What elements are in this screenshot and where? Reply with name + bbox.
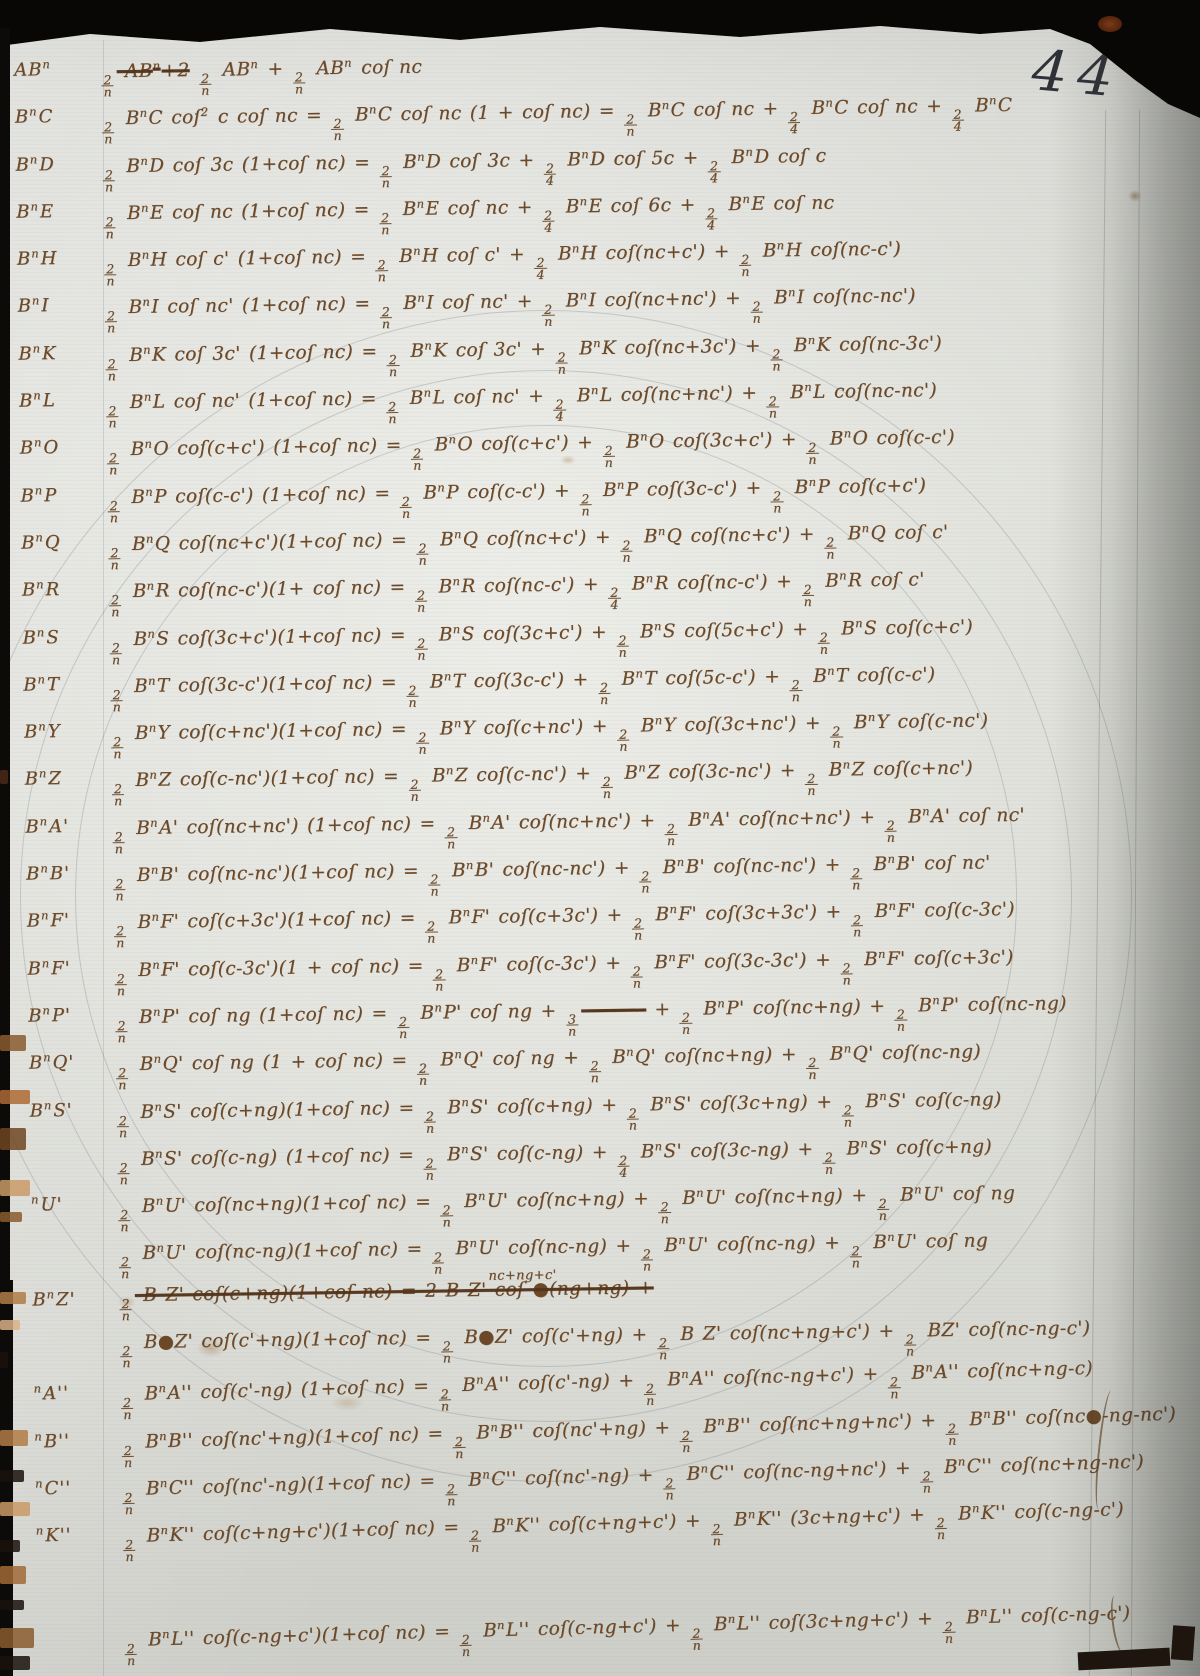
- binding-streak: [0, 1628, 34, 1648]
- fraction: 2n: [598, 682, 611, 705]
- fraction: 24: [542, 210, 555, 233]
- fraction: 2n: [380, 307, 393, 330]
- page-fold-shadow: [1050, 0, 1200, 1676]
- fraction: 2n: [663, 1477, 676, 1500]
- fraction: 2n: [579, 493, 592, 516]
- row-label: BnE: [16, 195, 102, 222]
- fraction: 2n: [103, 169, 116, 192]
- fraction: 2n: [379, 165, 392, 188]
- fraction: 2n: [665, 823, 678, 846]
- fraction: 2n: [453, 1435, 466, 1458]
- fraction: 2n: [750, 301, 763, 324]
- fraction: 2n: [106, 405, 119, 428]
- inline-correction-note: nc+ng+c': [488, 1262, 557, 1289]
- fraction: 2n: [632, 918, 645, 941]
- fraction: 2n: [199, 73, 212, 96]
- row-label: BnP': [28, 999, 114, 1026]
- binding-streak: [0, 1656, 30, 1670]
- fraction: 2n: [805, 773, 818, 796]
- fraction: 2n: [801, 584, 814, 607]
- fraction: 2n: [680, 1429, 693, 1452]
- fraction: 2n: [415, 590, 428, 613]
- fraction: 2n: [658, 1201, 671, 1224]
- fraction: 2n: [110, 642, 123, 665]
- row-label: BnZ: [24, 763, 110, 790]
- fraction: 2n: [122, 1492, 135, 1515]
- binding-streak: [0, 1212, 22, 1222]
- fraction: 2n: [946, 1422, 959, 1445]
- fraction: 2n: [111, 736, 124, 759]
- fraction: 2n: [616, 634, 629, 657]
- fraction: 2n: [120, 1345, 133, 1368]
- fraction: 2n: [710, 1523, 723, 1546]
- fraction: 2n: [624, 114, 637, 137]
- fraction: 2n: [104, 263, 117, 286]
- row-label: nK'': [35, 1518, 122, 1546]
- fraction: 24: [617, 1155, 630, 1178]
- row-label: BnQ: [21, 526, 107, 553]
- fraction: 2n: [117, 1115, 130, 1138]
- row-label: BnA': [25, 810, 111, 837]
- row-label: BnS': [29, 1094, 115, 1121]
- fraction: 2n: [112, 831, 125, 854]
- fraction: 2n: [555, 351, 568, 374]
- fraction: 2n: [124, 1642, 137, 1665]
- fraction: 2n: [469, 1530, 482, 1553]
- row-formula: 2n BnL'' coſ(c-ng+c')(1+coſ nc) = 2n BnL…: [123, 1592, 1200, 1666]
- row-label: [31, 1236, 117, 1240]
- binding-streak: [0, 1128, 26, 1150]
- fraction: 2n: [627, 1107, 640, 1130]
- fraction: 24: [708, 160, 721, 183]
- fraction: 24: [705, 207, 718, 230]
- fraction: 2n: [440, 1204, 453, 1227]
- row-label: BnK: [18, 337, 104, 364]
- fraction: 2n: [849, 1246, 862, 1269]
- fraction: 2n: [884, 819, 897, 842]
- fraction: 2n: [895, 1008, 908, 1031]
- fraction: 2n: [631, 965, 644, 988]
- binding-streak: [0, 1566, 26, 1584]
- fraction: 2n: [408, 779, 421, 802]
- fraction: 24: [534, 257, 547, 280]
- fraction: 2n: [602, 445, 615, 468]
- row-label: BnF': [27, 952, 113, 979]
- fraction: 2n: [942, 1620, 955, 1643]
- fraction: 2n: [117, 1162, 130, 1185]
- fraction: 2n: [641, 1249, 654, 1272]
- fraction: 2n: [379, 212, 392, 235]
- row-label: BnR: [22, 574, 108, 601]
- fraction: 2n: [644, 1383, 657, 1406]
- row-label: BnL: [19, 384, 105, 411]
- row-label: BnZ': [32, 1283, 118, 1310]
- fraction: 2n: [806, 1057, 819, 1080]
- fraction: 2n: [105, 358, 118, 381]
- fraction: 2n: [424, 1110, 437, 1133]
- formula-table: ABn2n ABn+2 2n ABn + 2n ABn coſ ncBnC2n …: [0, 21, 1200, 1671]
- fraction: 2n: [119, 1298, 132, 1321]
- row-label: BnF': [27, 905, 113, 932]
- row-label: nB'': [34, 1424, 121, 1452]
- fraction: 2n: [767, 395, 780, 418]
- row-label: BnC: [15, 101, 101, 128]
- row-label: BnI: [17, 290, 103, 317]
- fraction: 24: [544, 162, 557, 185]
- fraction: 2n: [122, 1444, 135, 1467]
- fraction: 2n: [387, 354, 400, 377]
- fraction: 3n: [566, 1013, 579, 1036]
- row-label: BnO: [20, 432, 106, 459]
- wax-stain: [1098, 16, 1122, 32]
- binding-streak: [0, 1430, 28, 1446]
- row-label: BnS: [22, 621, 108, 648]
- fraction: 2n: [639, 870, 652, 893]
- fraction: 2n: [101, 74, 114, 97]
- fraction: 2n: [375, 259, 388, 282]
- row-label: [33, 1330, 119, 1334]
- row-label: nU': [31, 1188, 117, 1215]
- binding-streak: [0, 1180, 30, 1196]
- fraction: 2n: [416, 543, 429, 566]
- fraction: 2n: [806, 442, 819, 465]
- fraction: 2n: [406, 685, 419, 708]
- fraction: 2n: [112, 784, 125, 807]
- fraction: 2n: [459, 1633, 472, 1656]
- binding-streak: [0, 770, 8, 784]
- fraction: 2n: [920, 1470, 933, 1493]
- fraction: 2n: [851, 915, 864, 938]
- fraction: 2n: [842, 1104, 855, 1127]
- fraction: 2n: [904, 1333, 917, 1356]
- row-label: BnY: [24, 715, 110, 742]
- fraction: 2n: [293, 71, 306, 94]
- fraction: 2n: [102, 121, 115, 144]
- fraction: 2n: [121, 1397, 134, 1420]
- fraction: 2n: [680, 1012, 693, 1035]
- fraction: 2n: [876, 1198, 889, 1221]
- fraction: 2n: [771, 490, 784, 513]
- fraction: 2n: [114, 925, 127, 948]
- row-label: BnD: [15, 148, 101, 175]
- fraction: 2n: [438, 1389, 451, 1412]
- fraction: 2n: [601, 776, 614, 799]
- fraction: 2n: [432, 1252, 445, 1275]
- fraction: 2n: [331, 118, 344, 141]
- fraction: 2n: [417, 1063, 430, 1086]
- fraction: 2n: [397, 1016, 410, 1039]
- fraction: 24: [608, 587, 621, 610]
- binding-streak: [0, 1502, 30, 1516]
- fraction: 2n: [411, 448, 424, 471]
- fraction: 2n: [934, 1517, 947, 1540]
- fraction: 2n: [115, 1020, 128, 1043]
- fraction: 2n: [416, 732, 429, 755]
- fraction: 2n: [823, 1151, 836, 1174]
- fraction: 2n: [433, 968, 446, 991]
- fraction: 2n: [770, 348, 783, 371]
- manuscript-page: 44 ABn2n ABn+2 2n ABn + 2n ABn coſ ncBnC…: [0, 0, 1200, 1676]
- fraction: 2n: [789, 679, 802, 702]
- photo-background: 44 ABn2n ABn+2 2n ABn + 2n ABn coſ ncBnC…: [0, 0, 1200, 1676]
- fraction: 2n: [103, 216, 116, 239]
- row-label: ABn: [14, 53, 100, 80]
- binding-streak: [0, 1320, 20, 1330]
- fraction: 2n: [617, 729, 630, 752]
- fraction: 24: [788, 111, 801, 134]
- row-label: nA'': [33, 1377, 120, 1405]
- fraction: 2n: [119, 1256, 132, 1279]
- fraction: 2n: [107, 453, 120, 476]
- row-label: BnH: [17, 243, 103, 270]
- row-label: [30, 1141, 116, 1145]
- fraction: 2n: [105, 311, 118, 334]
- fraction: 2n: [817, 631, 830, 654]
- fraction: 2n: [400, 495, 413, 518]
- fraction: 2n: [118, 1209, 131, 1232]
- fraction: 2n: [620, 540, 633, 563]
- binding-streak: [0, 1540, 20, 1552]
- fraction: 2n: [415, 637, 428, 660]
- fraction: 2n: [445, 826, 458, 849]
- fraction: 2n: [123, 1539, 136, 1562]
- binding-streak: [0, 1292, 26, 1304]
- binding-streak: [0, 1600, 24, 1610]
- fraction: 2n: [115, 973, 128, 996]
- row-label: BnP: [20, 479, 106, 506]
- row-label: BnQ': [29, 1047, 115, 1074]
- fraction: 2n: [113, 878, 126, 901]
- fraction: 2n: [850, 867, 863, 890]
- fraction: 2n: [108, 500, 121, 523]
- fraction: 2n: [110, 689, 123, 712]
- fraction: 2n: [840, 962, 853, 985]
- binding-streak: [0, 1090, 30, 1104]
- fraction: 2n: [657, 1337, 670, 1360]
- fraction: 2n: [386, 401, 399, 424]
- fraction: 2n: [109, 594, 122, 617]
- fraction: 2n: [739, 254, 752, 277]
- fraction: 2n: [116, 1067, 129, 1090]
- row-label: [37, 1622, 123, 1627]
- fraction: 2n: [588, 1060, 601, 1083]
- row-label: BnB': [26, 857, 112, 884]
- fraction: 2n: [425, 921, 438, 944]
- fraction: 24: [553, 399, 566, 422]
- fraction: 2n: [108, 547, 121, 570]
- fraction: 2n: [830, 726, 843, 749]
- row-label: nC'': [35, 1471, 122, 1499]
- fraction: 2n: [542, 304, 555, 327]
- fraction: 24: [951, 109, 964, 132]
- binding-streak: [0, 1352, 8, 1368]
- fraction: 2n: [423, 1157, 436, 1180]
- fraction: 2n: [888, 1376, 901, 1399]
- fraction: 2n: [428, 873, 441, 896]
- photo-bottom-edge: [1171, 1625, 1195, 1660]
- binding-streak: [0, 1470, 24, 1482]
- row-label: BnT: [23, 668, 109, 695]
- fraction: 2n: [445, 1483, 458, 1506]
- fraction: 2n: [441, 1340, 454, 1363]
- fraction: 2n: [690, 1627, 703, 1650]
- fraction: 2n: [824, 537, 837, 560]
- binding-streak: [0, 1035, 26, 1051]
